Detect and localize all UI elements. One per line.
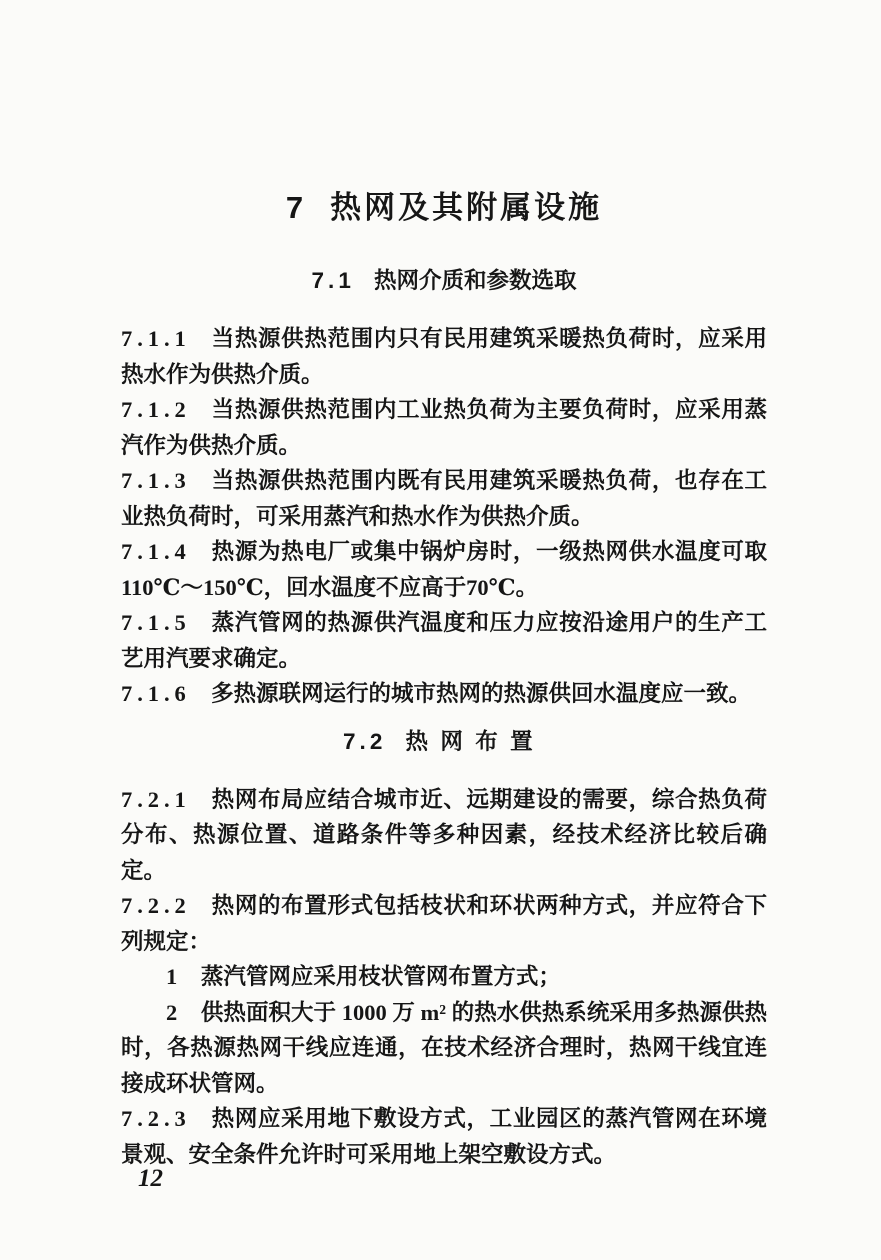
clause-7-1-5: 7.1.5蒸汽管网的热源供汽温度和压力应按沿途用户的生产工艺用汽要求确定。 <box>121 605 767 676</box>
clause-7-1-1: 7.1.1当热源供热范围内只有民用建筑采暖热负荷时，应采用热水作为供热介质。 <box>121 321 767 392</box>
clause-7-2-3: 7.2.3热网应采用地下敷设方式，工业园区的蒸汽管网在环境景观、安全条件允许时可… <box>121 1101 767 1172</box>
clause-7-2-3-number: 7.2.3 <box>121 1106 191 1131</box>
item-2-number: 2 <box>166 1000 177 1025</box>
clause-7-2-1: 7.2.1热网布局应结合城市近、远期建设的需要，综合热负荷分布、热源位置、道路条… <box>121 782 767 889</box>
clause-7-1-2-number: 7.1.2 <box>121 397 191 422</box>
clause-7-1-5-number: 7.1.5 <box>121 610 191 635</box>
clause-7-1-4-text: 热源为热电厂或集中锅炉房时，一级热网供水温度可取110℃～150℃，回水温度不应… <box>121 539 767 600</box>
clause-7-1-3-number: 7.1.3 <box>121 468 191 493</box>
clause-7-2-2-item-1: 1蒸汽管网应采用枝状管网布置方式； <box>121 959 767 995</box>
clause-7-2-1-text: 热网布局应结合城市近、远期建设的需要，综合热负荷分布、热源位置、道路条件等多种因… <box>121 787 767 883</box>
clause-7-1-1-text: 当热源供热范围内只有民用建筑采暖热负荷时，应采用热水作为供热介质。 <box>121 326 767 387</box>
clause-7-2-2-item-2: 2供热面积大于 1000 万 m² 的热水供热系统采用多热源供热时，各热源热网干… <box>121 995 767 1102</box>
clause-7-1-3: 7.1.3当热源供热范围内既有民用建筑采暖热负荷，也存在工业热负荷时，可采用蒸汽… <box>121 463 767 534</box>
clause-7-1-3-text: 当热源供热范围内既有民用建筑采暖热负荷，也存在工业热负荷时，可采用蒸汽和热水作为… <box>121 468 767 529</box>
section-7-2-title: 热网布置 <box>406 729 546 754</box>
clause-7-1-5-text: 蒸汽管网的热源供汽温度和压力应按沿途用户的生产工艺用汽要求确定。 <box>121 610 767 671</box>
section-7-1-title: 热网介质和参数选取 <box>374 268 577 293</box>
clause-7-2-2-number: 7.2.2 <box>121 893 191 918</box>
clause-7-2-2-text: 热网的布置形式包括枝状和环状两种方式，并应符合下列规定： <box>121 893 767 954</box>
clause-7-1-6-number: 7.1.6 <box>121 681 191 706</box>
clause-7-2-3-text: 热网应采用地下敷设方式，工业园区的蒸汽管网在环境景观、安全条件允许时可采用地上架… <box>121 1106 767 1167</box>
clause-7-1-4-number: 7.1.4 <box>121 539 191 564</box>
item-2-text: 供热面积大于 1000 万 m² 的热水供热系统采用多热源供热时，各热源热网干线… <box>121 1000 767 1096</box>
page-content: 7热网及其附属设施 7.1热网介质和参数选取 7.1.1当热源供热范围内只有民用… <box>0 0 881 1172</box>
clause-7-2-1-number: 7.2.1 <box>121 787 191 812</box>
page-number: 12 <box>138 1165 163 1193</box>
chapter-number: 7 <box>286 190 303 225</box>
clause-7-1-2: 7.1.2当热源供热范围内工业热负荷为主要负荷时，应采用蒸汽作为供热介质。 <box>121 392 767 463</box>
section-7-1-number: 7.1 <box>311 268 354 293</box>
chapter-heading: 7热网及其附属设施 <box>121 188 767 228</box>
clause-7-2-2: 7.2.2热网的布置形式包括枝状和环状两种方式，并应符合下列规定： <box>121 888 767 959</box>
clause-7-1-4: 7.1.4热源为热电厂或集中锅炉房时，一级热网供水温度可取110℃～150℃，回… <box>121 534 767 605</box>
clause-7-1-6: 7.1.6多热源联网运行的城市热网的热源供回水温度应一致。 <box>121 676 767 712</box>
chapter-title: 热网及其附属设施 <box>330 190 602 225</box>
clause-7-1-1-number: 7.1.1 <box>121 326 191 351</box>
item-1-text: 蒸汽管网应采用枝状管网布置方式； <box>201 964 561 989</box>
section-7-2-number: 7.2 <box>343 729 386 754</box>
item-1-number: 1 <box>166 964 177 989</box>
document-page: 7热网及其附属设施 7.1热网介质和参数选取 7.1.1当热源供热范围内只有民用… <box>0 0 881 1260</box>
section-heading-7-1: 7.1热网介质和参数选取 <box>121 265 767 296</box>
clause-7-1-6-text: 多热源联网运行的城市热网的热源供回水温度应一致。 <box>211 681 751 706</box>
section-heading-7-2: 7.2热网布置 <box>121 726 767 757</box>
clause-7-1-2-text: 当热源供热范围内工业热负荷为主要负荷时，应采用蒸汽作为供热介质。 <box>121 397 767 458</box>
